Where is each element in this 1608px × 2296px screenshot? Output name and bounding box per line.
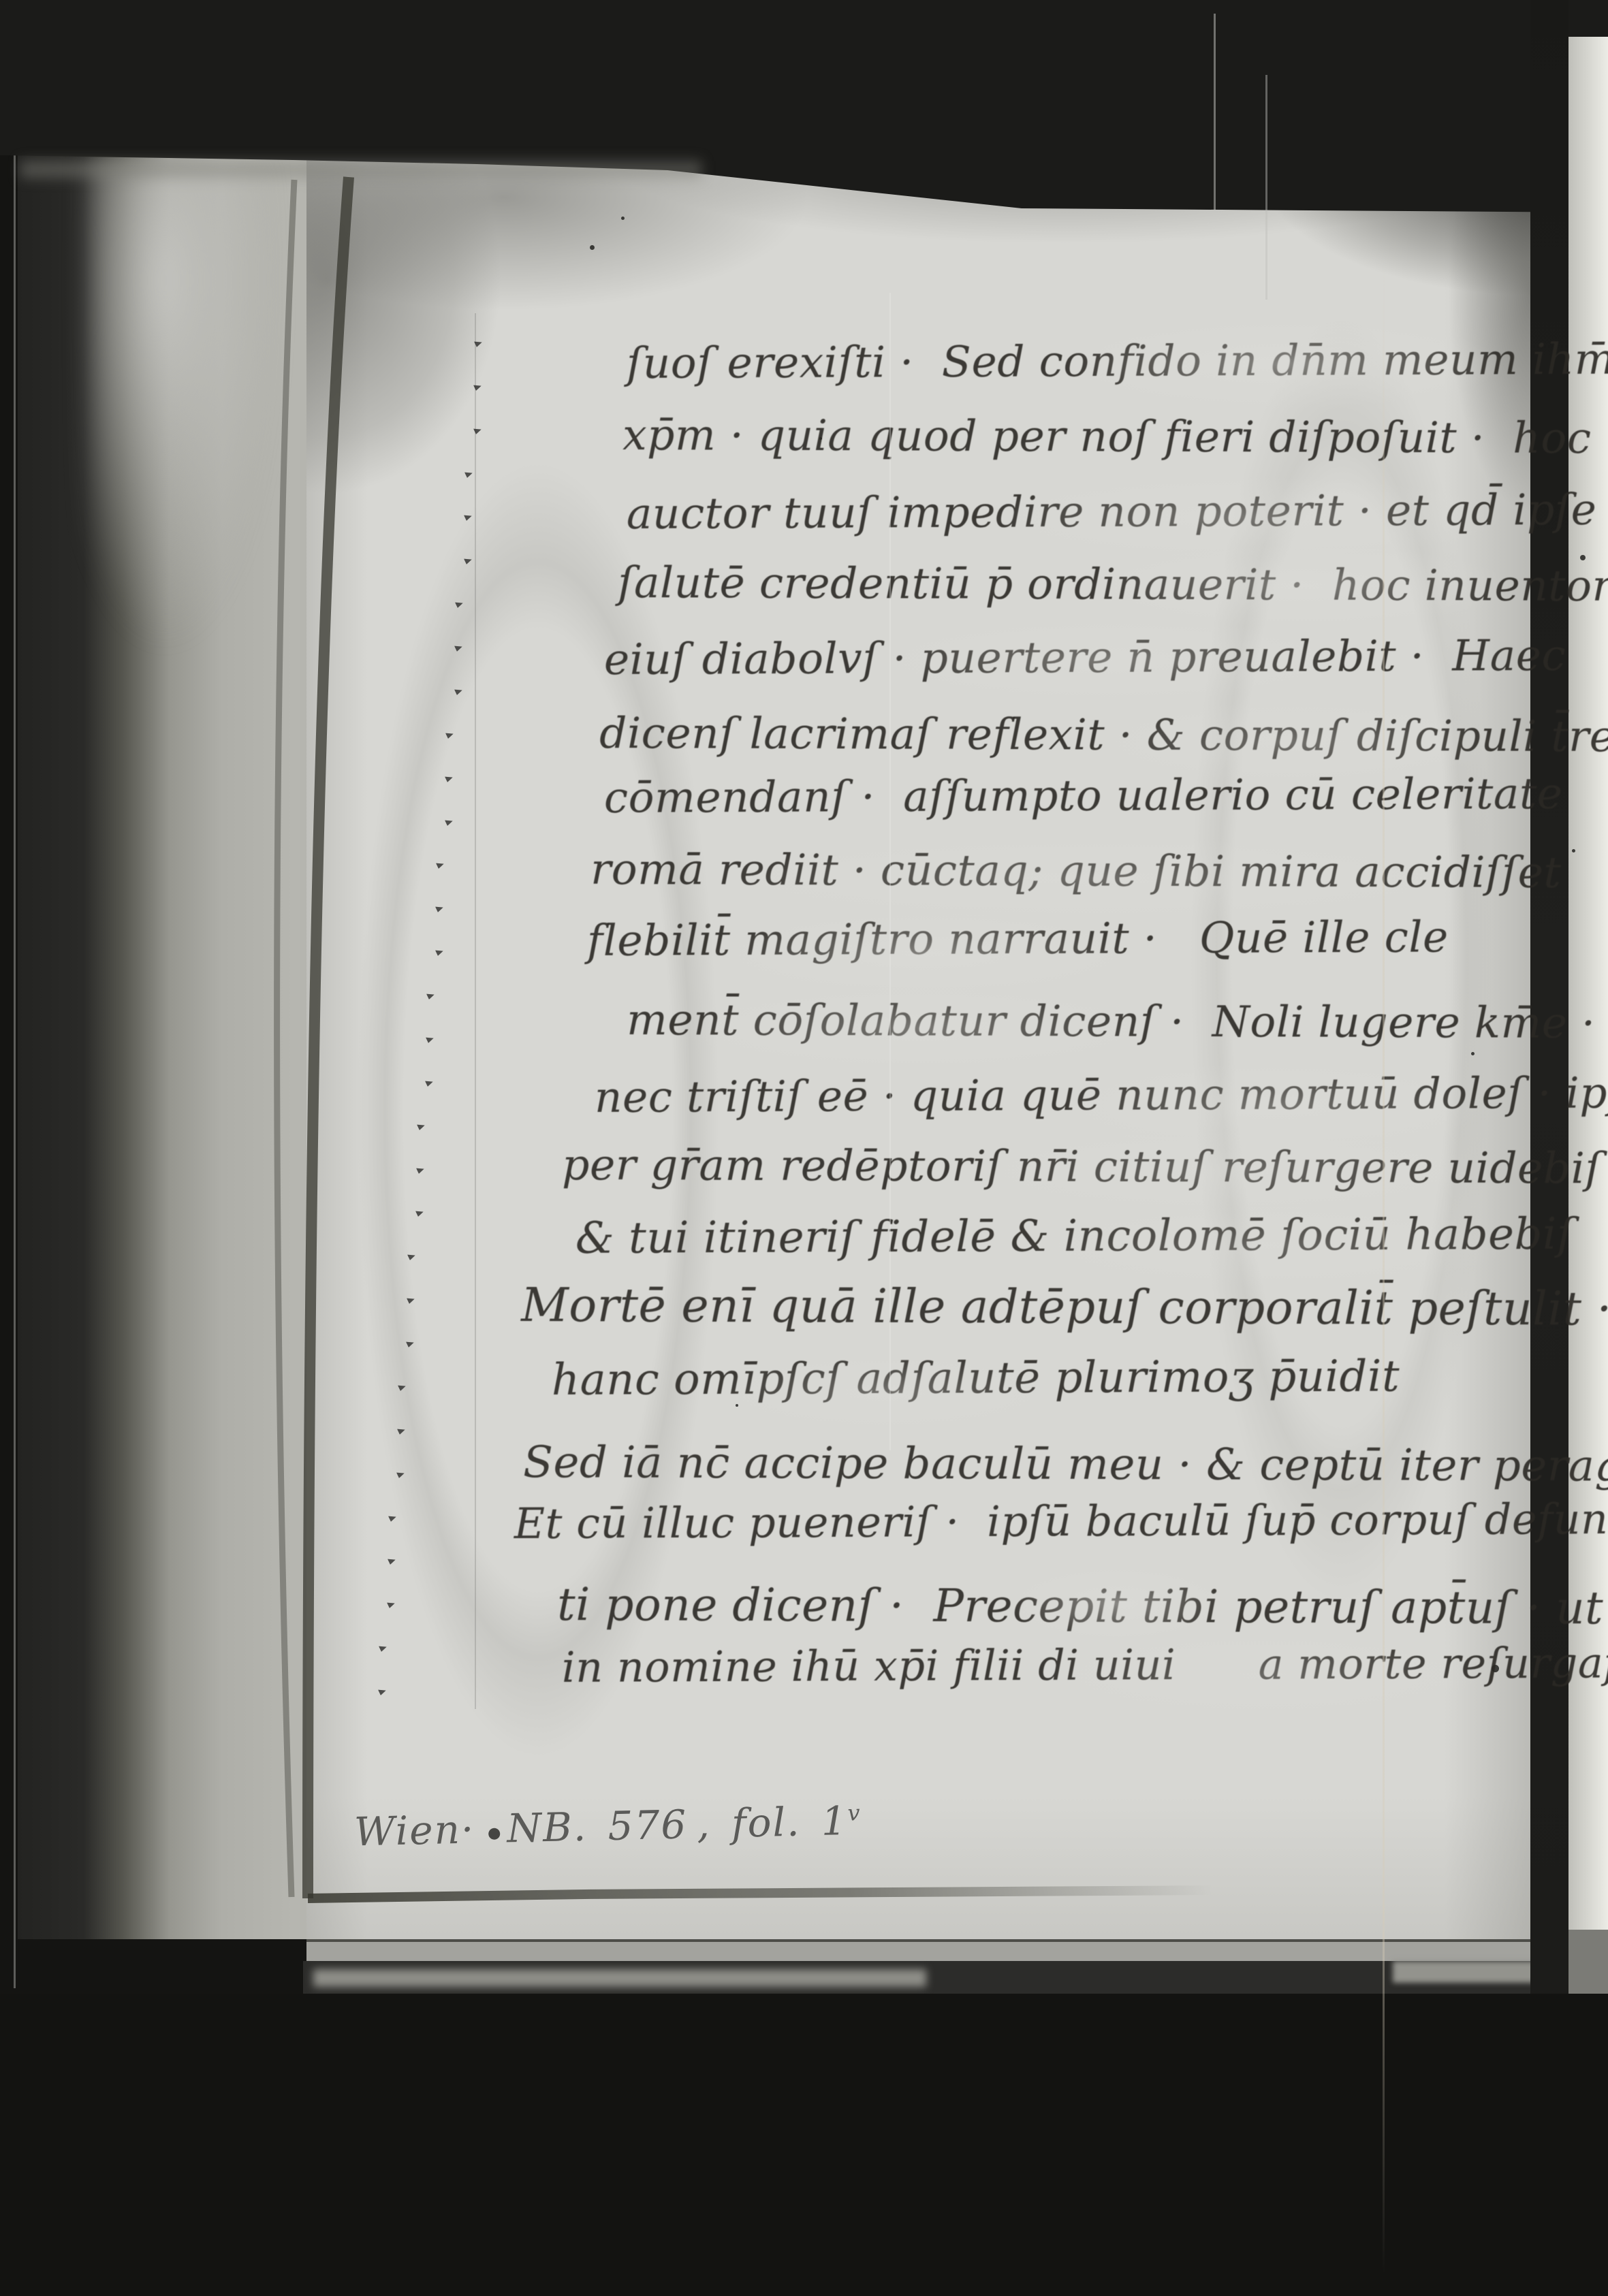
annotation-shelfmark: NB. 576 [507,1801,688,1851]
text-block-ruling-line [475,313,476,1709]
speck [590,245,595,250]
manuscript-text-line: ſuoſ erexiſti · Sed confido in dn̄m meum… [627,334,1608,388]
manuscript-text-line: ſalutē credentiū p̄ ordinauerit · hoc in… [618,558,1608,611]
manuscript-text-line: xp̄m · quia quod per noſ fieri diſpoſuit… [622,410,1592,463]
manuscript-text-line: in nomine ihū xp̄i filii di uiui a morte… [562,1638,1608,1692]
annotation-folio: , fol. 1 [696,1798,848,1847]
manuscript-text-line: eiuſ diabolvſ · puertere n̄ preualebit ·… [604,631,1566,684]
manuscript-text-line: dicenſ lacrimaſ reflexit · & corpuſ diſc… [599,708,1608,761]
manuscript-text-line: & tui itineriſ fidelē & incolomē ſociū h… [576,1209,1574,1264]
annotation-folio-superscript: v [847,1800,860,1825]
speck [621,217,625,220]
annotation-library: Wien [353,1806,461,1855]
manuscript-text-line: ment̄ cōſolabatur dicenſ · Noli lugere k… [627,995,1596,1048]
manuscript-text-line: Sed iā nc̄ accipe baculū meu · & ceptū i… [523,1437,1608,1492]
manuscript-text-line: romā rediit · cūctaq; que ſibi mira acci… [590,844,1561,897]
photo-dark-bottom [0,1994,1608,2296]
speck [1471,1052,1475,1055]
manuscript-text-line: auctor tuuſ impedire non poterit · et qd… [627,484,1608,539]
speck [1572,849,1575,852]
manuscript-text-line: cōmendanſ · aſſumpto ualerio cū celerita… [604,769,1563,823]
manuscript-text-line: nec triſtiſ eē · quia quē nunc mortuū do… [595,1068,1608,1122]
gutter-line-thick [308,177,349,1898]
manuscript-text-line: per gr̄am redēptoriſ nr̄i citiuſ reſurge… [562,1140,1601,1193]
manuscript-text-line: Mortē enī quā ille adtēpuſ corporalit̄ p… [521,1279,1608,1337]
manuscript-text-line: ti pone dicenſ · Precepit tibi petruſ ap… [557,1578,1603,1634]
manuscript-text-line: flebilit̄ magiſtro narrauit · Quē ille c… [587,912,1449,966]
speck [1580,555,1586,560]
bottom-frame-line [308,1890,1212,1898]
manuscript-text-line: hanc omīpſcſ adſalutē plurimoʒ p̄uidit [552,1352,1400,1405]
pencil-dot [488,1828,500,1840]
annotation-dot: · [460,1806,475,1852]
manuscript-text-line: Et cū illuc pueneriſ · ipſū baculū ſup̄ … [514,1494,1608,1548]
gutter-line-thin [277,180,294,1897]
